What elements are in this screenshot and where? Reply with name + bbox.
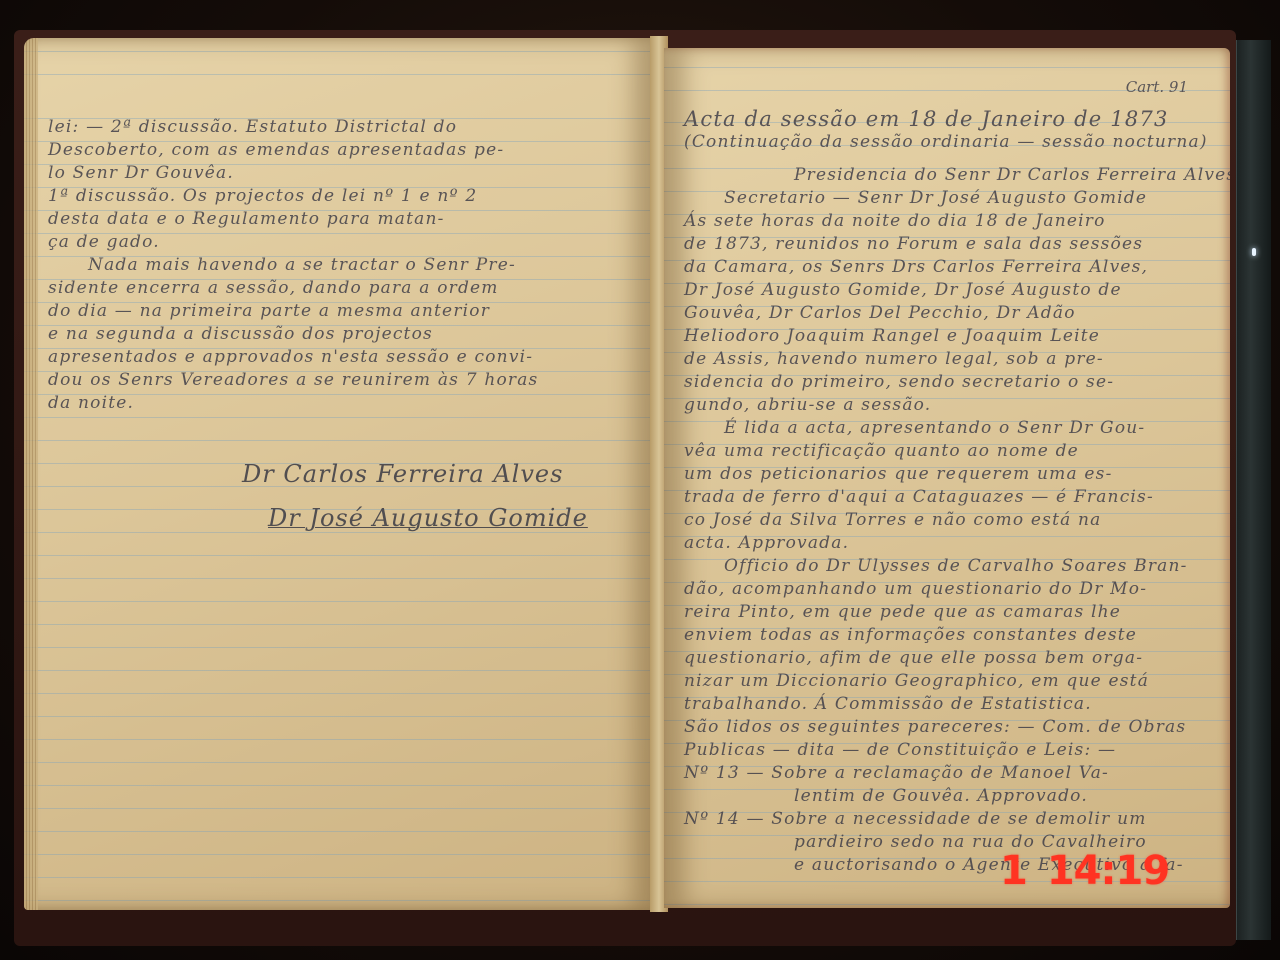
manuscript-line: Heliodoro Joaquim Rangel e Joaquim Leite: [684, 325, 1230, 348]
left-page-text: lei: — 2ª discussão. Estatuto Districtal…: [24, 116, 652, 415]
manuscript-line: sidente encerra a sessão, dando para a o…: [48, 277, 652, 300]
display-case-glass: [1236, 40, 1271, 940]
manuscript-line: acta. Approvada.: [684, 532, 1230, 555]
left-page: lei: — 2ª discussão. Estatuto Districtal…: [24, 38, 652, 910]
manuscript-line: Dr José Augusto Gomide, Dr José Augusto …: [684, 279, 1230, 302]
manuscript-line: lentim de Gouvêa. Approvado.: [684, 785, 1230, 808]
manuscript-line: e na segunda a discussão dos projectos: [48, 323, 652, 346]
right-page: Cart. 91 Acta da sessão em 18 de Janeiro…: [664, 48, 1230, 908]
minutes-subtitle: (Continuação da sessão ordinaria — sessã…: [684, 131, 1230, 154]
manuscript-line: reira Pinto, em que pede que as camaras …: [684, 601, 1230, 624]
manuscript-line: Descoberto, com as emendas apresentadas …: [48, 139, 652, 162]
manuscript-line: enviem todas as informações constantes d…: [684, 624, 1230, 647]
manuscript-line: questionario, afim de que elle possa bem…: [684, 647, 1230, 670]
manuscript-line: Nada mais havendo a se tractar o Senr Pr…: [48, 254, 652, 277]
light-glare: [1252, 248, 1256, 256]
manuscript-line: da Camara, os Senrs Drs Carlos Ferreira …: [684, 256, 1230, 279]
manuscript-line: ça de gado.: [48, 231, 652, 254]
signature-president: Dr Carlos Ferreira Alves: [242, 452, 588, 496]
folio-number: Cart. 91: [1126, 78, 1188, 96]
manuscript-line: de 1873, reunidos no Forum e sala das se…: [684, 233, 1230, 256]
manuscript-line: lo Senr Dr Gouvêa.: [48, 162, 652, 185]
manuscript-line: Ás sete horas da noite do dia 18 de Jane…: [684, 210, 1230, 233]
manuscript-line: da noite.: [48, 392, 652, 415]
right-page-text: Acta da sessão em 18 de Janeiro de 1873 …: [664, 108, 1230, 877]
officer-secretary: Secretario — Senr Dr José Augusto Gomide: [684, 187, 1230, 210]
manuscript-line: trabalhando. Á Commissão de Estatistica.: [684, 693, 1230, 716]
manuscript-line: 1ª discussão. Os projectos de lei nº 1 e…: [48, 185, 652, 208]
manuscript-line: gundo, abriu-se a sessão.: [684, 394, 1230, 417]
manuscript-line: Nº 13 — Sobre a reclamação de Manoel Va-: [684, 762, 1230, 785]
manuscript-line: vêa uma rectificação quanto ao nome de: [684, 440, 1230, 463]
manuscript-line: dou os Senrs Vereadores a se reunirem às…: [48, 369, 652, 392]
manuscript-line: desta data e o Regulamento para matan-: [48, 208, 652, 231]
officer-president: Presidencia do Senr Dr Carlos Ferreira A…: [684, 164, 1230, 187]
manuscript-line: um dos peticionarios que requerem uma es…: [684, 463, 1230, 486]
manuscript-line: nizar um Diccionario Geographico, em que…: [684, 670, 1230, 693]
timestamp-day: 1: [1000, 848, 1027, 894]
manuscript-line: co José da Silva Torres e não como está …: [684, 509, 1230, 532]
minutes-title: Acta da sessão em 18 de Janeiro de 1873: [684, 108, 1230, 131]
manuscript-line: apresentados e approvados n'esta sessão …: [48, 346, 652, 369]
manuscript-line: do dia — na primeira parte a mesma anter…: [48, 300, 652, 323]
camera-timestamp: 114:19: [1000, 848, 1169, 894]
manuscript-line: É lida a acta, apresentando o Senr Dr Go…: [684, 417, 1230, 440]
manuscript-line: São lidos os seguintes pareceres: — Com.…: [684, 716, 1230, 739]
manuscript-line: de Assis, havendo numero legal, sob a pr…: [684, 348, 1230, 371]
spacer: [684, 154, 1230, 164]
signature-secretary: Dr José Augusto Gomide: [242, 496, 588, 540]
timestamp-time: 14:19: [1047, 848, 1169, 894]
signature-block: Dr Carlos Ferreira Alves Dr José Augusto…: [242, 452, 588, 540]
manuscript-line: Gouvêa, Dr Carlos Del Pecchio, Dr Adão: [684, 302, 1230, 325]
manuscript-line: dão, acompanhando um questionario do Dr …: [684, 578, 1230, 601]
manuscript-line: sidencia do primeiro, sendo secretario o…: [684, 371, 1230, 394]
manuscript-line: Nº 14 — Sobre a necessidade de se demoli…: [684, 808, 1230, 831]
manuscript-line: Officio do Dr Ulysses de Carvalho Soares…: [684, 555, 1230, 578]
manuscript-line: trada de ferro d'aqui a Cataguazes — é F…: [684, 486, 1230, 509]
manuscript-line: lei: — 2ª discussão. Estatuto Districtal…: [48, 116, 652, 139]
manuscript-line: Publicas — dita — de Constituição e Leis…: [684, 739, 1230, 762]
